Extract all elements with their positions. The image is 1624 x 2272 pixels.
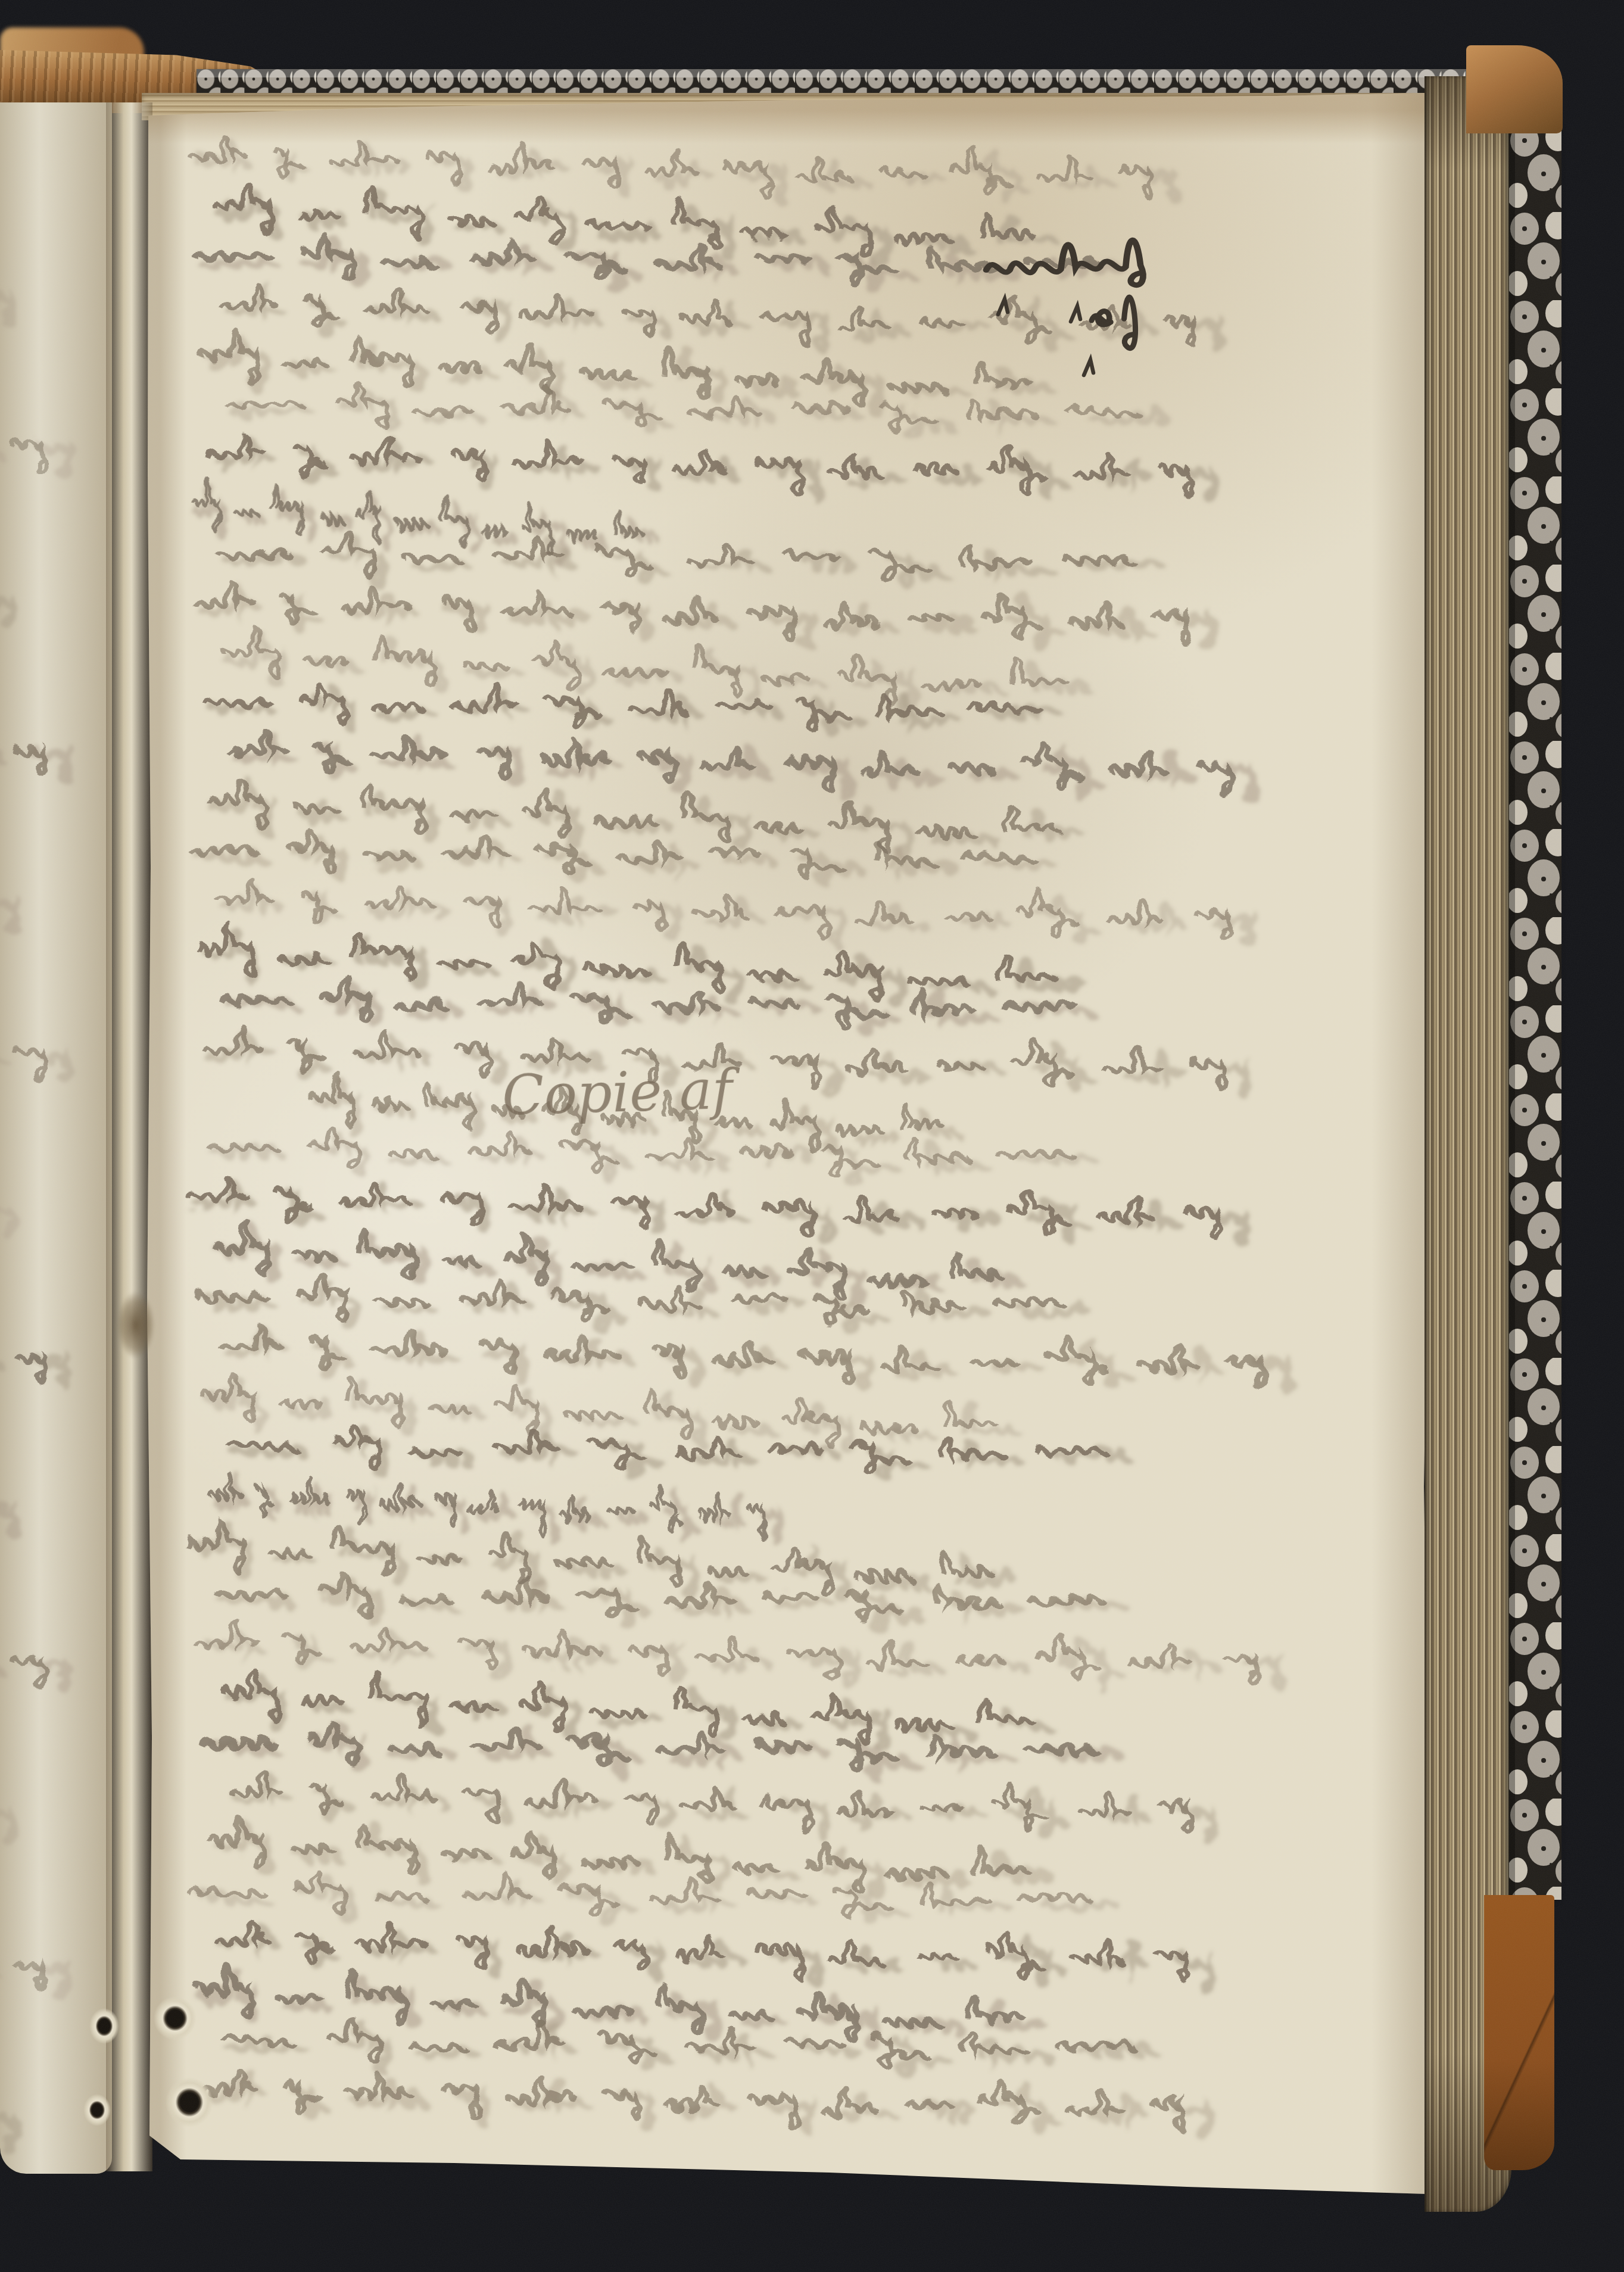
- page-block-fore-edge: [1424, 76, 1511, 2212]
- ink-blot: [117, 1291, 155, 1359]
- marginal-insertion-annotation: [970, 210, 1166, 400]
- leather-corner-top-right: [1466, 45, 1563, 133]
- leather-corner-bottom-right: [1484, 1895, 1554, 2170]
- wormhole: [89, 2008, 119, 2044]
- wormhole: [83, 2094, 111, 2126]
- wormhole: [154, 1996, 197, 2040]
- left-page-sliver: [0, 102, 112, 2174]
- manuscript-scan: Copie af: [0, 0, 1624, 2272]
- marbled-cover-right-edge: [1509, 124, 1561, 1900]
- gutter-fold: [106, 102, 152, 2171]
- manuscript-page: Copie af: [145, 93, 1432, 2216]
- wormhole: [166, 2077, 213, 2127]
- left-page-handwriting: [0, 102, 112, 2174]
- handwriting-layer: [163, 105, 1413, 2177]
